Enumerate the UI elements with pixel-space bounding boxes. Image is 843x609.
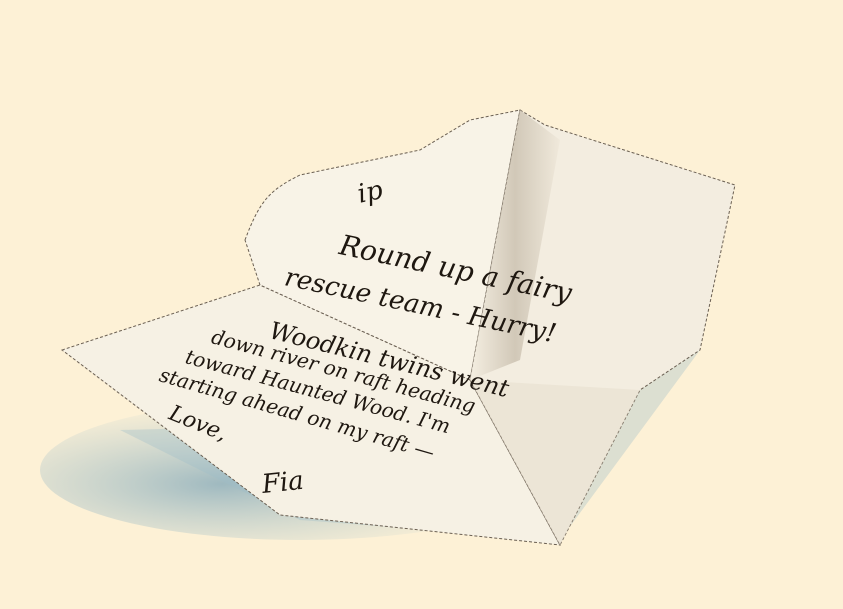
note-signature: Fia	[260, 466, 305, 500]
illustration: ip Round up a fairy rescue team - Hurry!…	[0, 0, 843, 609]
